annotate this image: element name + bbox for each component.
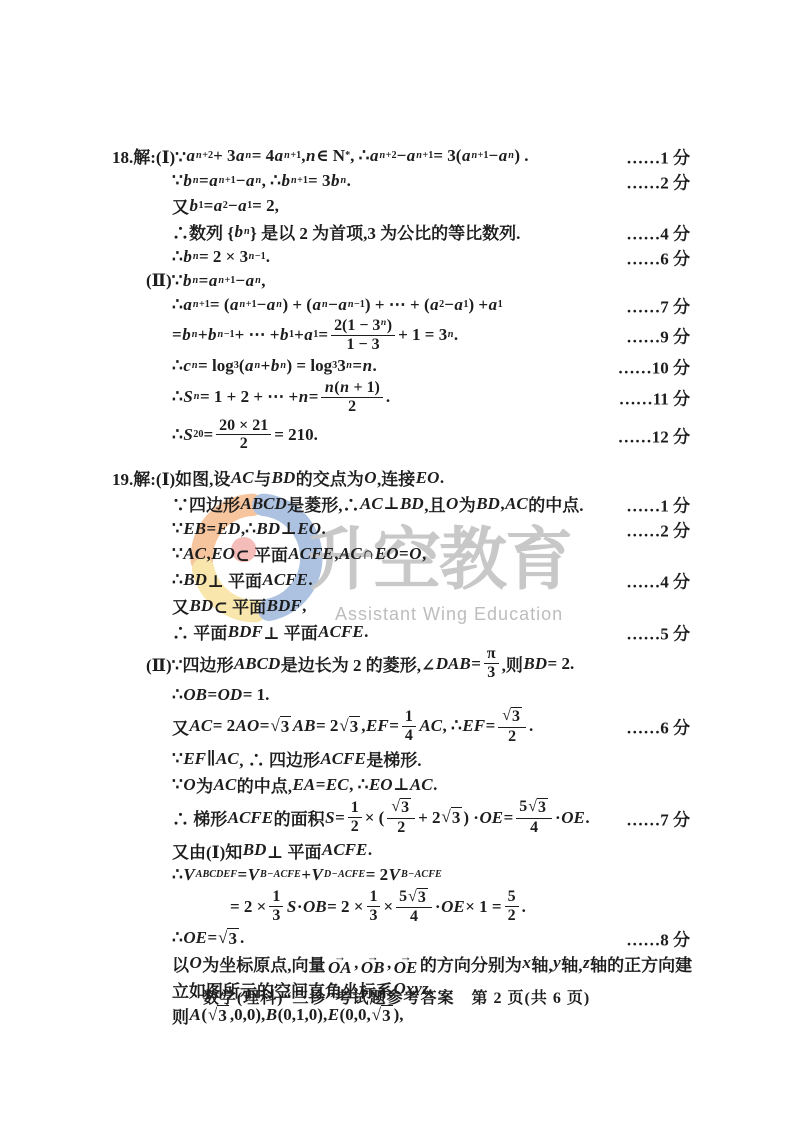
formula-text: (Ⅱ)∵四边形 ABCD 是边长为 2 的菱形,∠DAB = π3 ,则 BD … — [146, 645, 574, 682]
page-footer: 数学(理科)“三诊”考试题参考答案 第 2 页(共 6 页) — [0, 985, 793, 1008]
formula-text: (Ⅱ)∵ bn = an+1 − an , — [146, 271, 266, 291]
solution-line: ∵四边形 ABCD 是菱形,∴ AC ⊥ BD ,且 O 为 BD ,AC 的中… — [0, 491, 690, 516]
score-marker: ……6 分 — [626, 714, 690, 739]
solution-line: ∵ bn = an+1 − an , ∴bn+1 = 3bn .……2 分 — [0, 169, 690, 192]
solution-line: 18.解:(Ⅰ)∵ an+2 + 3an = 4an+1 ,n ∈ N* , ∴… — [0, 143, 690, 168]
solution-line: 又由(Ⅰ)知 BD ⊥ 平面 ACFE . — [0, 838, 690, 863]
solution-line: ∴数列 {bn} 是以 2 为首项,3 为公比的等比数列.……4 分 — [0, 219, 690, 244]
solution-line: ∴VABCDEF = VB−ACFE + VD−ACFE = 2VB−ACFE — [0, 864, 690, 887]
formula-text: ∴S20 = 20 × 212 = 210. — [172, 417, 318, 454]
formula-text: ∴ 平面 BDF ⊥ 平面 ACFE . — [172, 619, 368, 644]
formula-text: ∵ bn = an+1 − an , ∴bn+1 = 3bn . — [172, 171, 351, 191]
solution-line: ∴ 平面 BDF ⊥ 平面 ACFE .……5 分 — [0, 619, 690, 644]
solution-line: ∵AC ,EO ⊂ 平面 ACFE , AC ∩ EO = O , — [0, 541, 690, 566]
solution-line: ∴ an+1 = (an+1 − an) + (an − an−1) + ⋯ +… — [0, 293, 690, 316]
solution-line: 又 BD ⊂ 平面 BDF , — [0, 593, 690, 618]
formula-text: ∴ OB = OD = 1. — [172, 685, 269, 705]
formula-text: = 2 × 13S · OB = 2 × 13 × 5√34 · OE × 1 … — [230, 888, 526, 926]
solution-line: = bn + bn−1 + ⋯ + b1 + a1 = 2(1 − 3n)1 −… — [0, 317, 690, 354]
score-marker: ……12 分 — [618, 422, 690, 447]
problem-18-solution: 18.解:(Ⅰ)∵ an+2 + 3an = 4an+1 ,n ∈ N* , ∴… — [0, 143, 690, 453]
solution-line: 19.解:(Ⅰ)如图,设 AC 与 BD 的交点为 O ,连接 EO . — [0, 465, 690, 490]
formula-text: ∴cn = log3(an + bn) = log33n = n . — [172, 356, 377, 376]
formula-text: ∵ EF ∥ AC , ∴ 四边形 ACFE 是梯形. — [172, 746, 422, 771]
score-marker: ……1 分 — [626, 143, 690, 168]
formula-text: 19.解:(Ⅰ)如图,设 AC 与 BD 的交点为 O ,连接 EO . — [112, 465, 444, 490]
formula-text: ∴Sn = 1 + 2 + ⋯ + n = n(n + 1)2 . — [172, 379, 390, 416]
score-marker: ……9 分 — [626, 323, 690, 348]
score-marker: ……2 分 — [626, 168, 690, 193]
solution-line: = 2 × 13S · OB = 2 × 13 × 5√34 · OE × 1 … — [0, 888, 690, 926]
solution-line: ∴Sn = 1 + 2 + ⋯ + n = n(n + 1)2 .……11 分 — [0, 379, 690, 416]
formula-text: ∴OE = √3 . — [172, 928, 244, 949]
answer-sheet-content: 18.解:(Ⅰ)∵ an+2 + 3an = 4an+1 ,n ∈ N* , ∴… — [0, 0, 690, 1028]
formula-text: 又 BD ⊂ 平面 BDF , — [172, 593, 306, 618]
score-marker: ……10 分 — [618, 354, 690, 379]
solution-line: ∴OE = √3 .……8 分 — [0, 927, 690, 950]
formula-text: 又 AC = 2AO = √3AB = 2√3 , EF = 14AC , ∴E… — [172, 707, 533, 745]
score-marker: ……1 分 — [626, 491, 690, 516]
formula-text: ∵ EB = ED ,∴ BD ⊥ EO . — [172, 519, 326, 539]
solution-line: 又 b1 = a2 − a1 = 2, — [0, 193, 690, 218]
formula-text: = bn + bn−1 + ⋯ + b1 + a1 = 2(1 − 3n)1 −… — [172, 317, 458, 354]
solution-line: ∴ 梯形 ACFE 的面积 S = 12 × (√32 + 2√3) · OE … — [0, 798, 690, 836]
score-marker: ……7 分 — [626, 292, 690, 317]
score-marker: ……4 分 — [626, 567, 690, 592]
formula-text: 以 O 为坐标原点,向量 →OA , →OB ,→OE 的方向分别为 x 轴, … — [172, 951, 692, 976]
formula-text: 又由(Ⅰ)知 BD ⊥ 平面 ACFE . — [172, 838, 372, 863]
formula-text: ∴数列 {bn} 是以 2 为首项,3 为公比的等比数列. — [172, 219, 520, 244]
solution-line: (Ⅱ)∵四边形 ABCD 是边长为 2 的菱形,∠DAB = π3 ,则 BD … — [0, 645, 690, 682]
formula-text: ∵四边形 ABCD 是菱形,∴ AC ⊥ BD ,且 O 为 BD ,AC 的中… — [172, 491, 584, 516]
score-marker: ……7 分 — [626, 805, 690, 830]
formula-text: ∴bn = 2 × 3n−1 . — [172, 247, 270, 267]
score-marker: ……11 分 — [619, 385, 690, 410]
solution-line: ∴bn = 2 × 3n−1 .……6 分 — [0, 245, 690, 268]
solution-line: 又 AC = 2AO = √3AB = 2√3 , EF = 14AC , ∴E… — [0, 707, 690, 745]
formula-text: ∴ 梯形 ACFE 的面积 S = 12 × (√32 + 2√3) · OE … — [172, 798, 590, 836]
score-marker: ……8 分 — [626, 926, 690, 951]
formula-text: ∵ O 为 AC 的中点,EA = EC , ∴EO ⊥ AC . — [172, 772, 437, 797]
formula-text: ∴ an+1 = (an+1 − an) + (an − an−1) + ⋯ +… — [172, 295, 503, 315]
solution-line: 以 O 为坐标原点,向量 →OA , →OB ,→OE 的方向分别为 x 轴, … — [0, 951, 690, 976]
score-marker: ……6 分 — [626, 244, 690, 269]
solution-line: ∵ O 为 AC 的中点,EA = EC , ∴EO ⊥ AC . — [0, 772, 690, 797]
score-marker: ……4 分 — [626, 219, 690, 244]
formula-text: ∴VABCDEF = VB−ACFE + VD−ACFE = 2VB−ACFE — [172, 865, 442, 885]
formula-text: 18.解:(Ⅰ)∵ an+2 + 3an = 4an+1 ,n ∈ N* , ∴… — [112, 143, 529, 168]
solution-line: ∴ OB = OD = 1. — [0, 683, 690, 706]
solution-line: ∴S20 = 20 × 212 = 210.……12 分 — [0, 417, 690, 454]
formula-text: 又 b1 = a2 − a1 = 2, — [172, 193, 279, 218]
solution-line: (Ⅱ)∵ bn = an+1 − an , — [0, 269, 690, 292]
score-marker: ……5 分 — [626, 619, 690, 644]
solution-line: ∴cn = log3(an + bn) = log33n = n .……10 分 — [0, 355, 690, 378]
problem-19-solution: 19.解:(Ⅰ)如图,设 AC 与 BD 的交点为 O ,连接 EO .∵四边形… — [0, 465, 690, 1028]
score-marker: ……2 分 — [626, 516, 690, 541]
solution-line: ∴BD ⊥ 平面 ACFE .……4 分 — [0, 567, 690, 592]
solution-line: ∵ EB = ED ,∴ BD ⊥ EO .……2 分 — [0, 517, 690, 540]
formula-text: ∵AC ,EO ⊂ 平面 ACFE , AC ∩ EO = O , — [172, 541, 426, 566]
solution-line: ∵ EF ∥ AC , ∴ 四边形 ACFE 是梯形. — [0, 746, 690, 771]
formula-text: ∴BD ⊥ 平面 ACFE . — [172, 567, 313, 592]
